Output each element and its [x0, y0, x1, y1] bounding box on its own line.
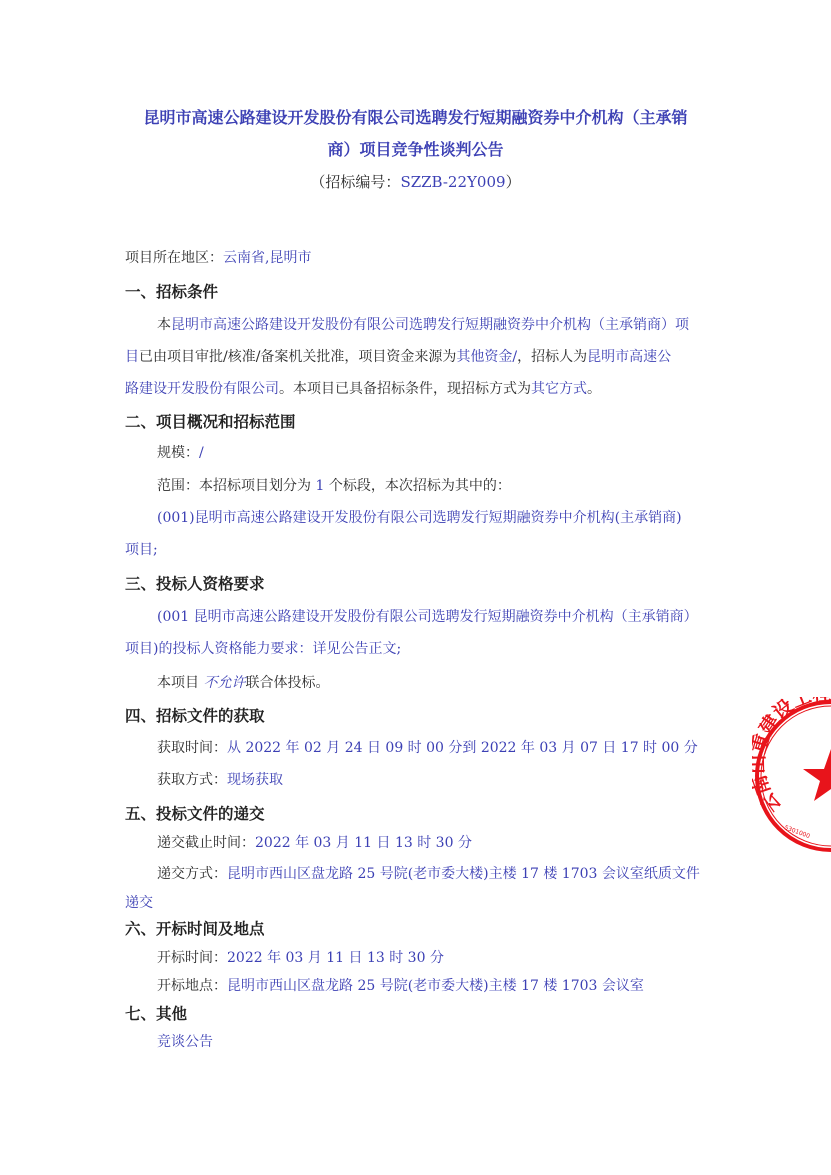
requirement-line2: 项目)的投标人资格能力要求：详见公告正文; — [125, 639, 401, 659]
obtain-method-label: 获取方式： — [157, 772, 227, 788]
region-label: 项目所在地区： — [125, 250, 223, 266]
consortium-value: 不允许 — [203, 675, 245, 691]
deadline-line: 递交截止时间：2022 年 03 月 11 日 13 时 30 分 — [157, 833, 472, 853]
obtain-time-label: 获取时间： — [157, 740, 227, 756]
section-heading-2: 二、项目概况和招标范围 — [125, 412, 296, 432]
text: 本 — [157, 317, 171, 333]
other-value: 竞谈公告 — [157, 1032, 213, 1052]
section1-para-line3: 路建设开发股份有限公司。本项目已具备招标条件，现招标方式为其它方式。 — [125, 379, 601, 399]
bid-number-line: （招标编号：SZZB-22Y009） — [0, 172, 831, 192]
fund-source: 其他资金/ — [456, 349, 517, 365]
opening-place-label: 开标地点： — [157, 978, 227, 994]
section1-para-line2: 目已由项目审批/核准/备案机关批准，项目资金来源为其他资金/，招标人为昆明市高速… — [125, 347, 671, 367]
submit-method-label: 递交方式： — [157, 866, 227, 882]
section-heading-7: 七、其他 — [125, 1004, 187, 1024]
project-name: 昆明市高速公路建设开发股份有限公司选聘发行短期融资券中介机构（主承销商）项 — [171, 317, 689, 333]
text: 本项目 — [157, 675, 199, 691]
requirement-line1: (001 昆明市高速公路建设开发股份有限公司选聘发行短期融资券中介机构（主承销商… — [157, 607, 698, 627]
bid-number-close: ） — [506, 173, 521, 191]
lot-line2: 项目; — [125, 540, 158, 560]
region-line: 项目所在地区：云南省,昆明市 — [125, 248, 311, 268]
section1-para-line1: 本昆明市高速公路建设开发股份有限公司选聘发行短期融资券中介机构（主承销商）项 — [157, 315, 689, 335]
section-heading-1: 一、招标条件 — [125, 282, 218, 302]
bid-number-label: （招标编号： — [310, 173, 400, 191]
deadline-value: 2022 年 03 月 11 日 13 时 30 分 — [255, 835, 472, 851]
section-heading-6: 六、开标时间及地点 — [125, 919, 265, 939]
submit-method-line: 递交方式：昆明市西山区盘龙路 25 号院(老市委大楼)主楼 17 楼 1703 … — [157, 864, 700, 884]
obtain-time-value: 从 2022 年 02 月 24 日 09 时 00 分到 2022 年 03 … — [227, 740, 698, 756]
opening-place-line: 开标地点：昆明市西山区盘龙路 25 号院(老市委大楼)主楼 17 楼 1703 … — [157, 976, 644, 996]
submit-method-value: 昆明市西山区盘龙路 25 号院(老市委大楼)主楼 17 楼 1703 会议室纸质… — [227, 866, 700, 882]
text: 范围：本招标项目划分为 — [157, 478, 311, 494]
document-title-line1: 昆明市高速公路建设开发股份有限公司选聘发行短期融资券中介机构（主承销 — [0, 108, 831, 128]
opening-time-value: 2022 年 03 月 11 日 13 时 30 分 — [227, 950, 444, 966]
opening-place-value: 昆明市西山区盘龙路 25 号院(老市委大楼)主楼 17 楼 1703 会议室 — [227, 978, 644, 994]
opening-time-line: 开标时间：2022 年 03 月 11 日 13 时 30 分 — [157, 948, 444, 968]
lot-count: 1 — [315, 478, 324, 494]
bid-number: SZZB-22Y009 — [400, 173, 505, 191]
submit-method-line2: 递交 — [125, 893, 153, 913]
tenderer-name: 昆明市高速公 — [587, 349, 671, 365]
text: ，招标人为 — [517, 349, 587, 365]
text: 个标段，本次招标为其中的： — [329, 478, 511, 494]
region-value: 云南省,昆明市 — [223, 250, 311, 266]
deadline-label: 递交截止时间： — [157, 835, 255, 851]
tenderer-name-cont: 路建设开发股份有限公司 — [125, 381, 279, 397]
section-heading-5: 五、投标文件的递交 — [125, 804, 265, 824]
section-heading-3: 三、投标人资格要求 — [125, 574, 265, 594]
consortium-line: 本项目 不允许联合体投标。 — [157, 673, 329, 693]
company-seal-stamp: 云南山重建设工程 5301000 — [752, 697, 831, 855]
text: 。本项目已具备招标条件，现招标方式为 — [279, 381, 531, 397]
scale-value: / — [199, 445, 204, 461]
obtain-method-line: 获取方式：现场获取 — [157, 770, 283, 790]
scope-line: 范围：本招标项目划分为 1 个标段，本次招标为其中的： — [157, 476, 511, 496]
obtain-method-value: 现场获取 — [227, 772, 283, 788]
seal-text: 云南山重建设工程 — [752, 697, 831, 817]
svg-text:云南山重建设工程: 云南山重建设工程 — [752, 697, 831, 817]
project-name-cont: 目 — [125, 349, 139, 365]
obtain-time-line: 获取时间：从 2022 年 02 月 24 日 09 时 00 分到 2022 … — [157, 738, 698, 758]
section-heading-4: 四、招标文件的获取 — [125, 706, 265, 726]
star-icon — [803, 749, 831, 801]
tender-method: 其它方式 — [531, 381, 587, 397]
scale-label: 规模： — [157, 445, 199, 461]
document-title-line2: 商）项目竞争性谈判公告 — [0, 140, 831, 160]
text: 已由项目审批/核准/备案机关批准，项目资金来源为 — [139, 349, 456, 365]
lot-line1: (001)昆明市高速公路建设开发股份有限公司选聘发行短期融资券中介机构(主承销商… — [157, 508, 682, 528]
text: 联合体投标。 — [245, 675, 329, 691]
scale-line: 规模：/ — [157, 443, 204, 463]
opening-time-label: 开标时间： — [157, 950, 227, 966]
text: 。 — [587, 381, 601, 397]
